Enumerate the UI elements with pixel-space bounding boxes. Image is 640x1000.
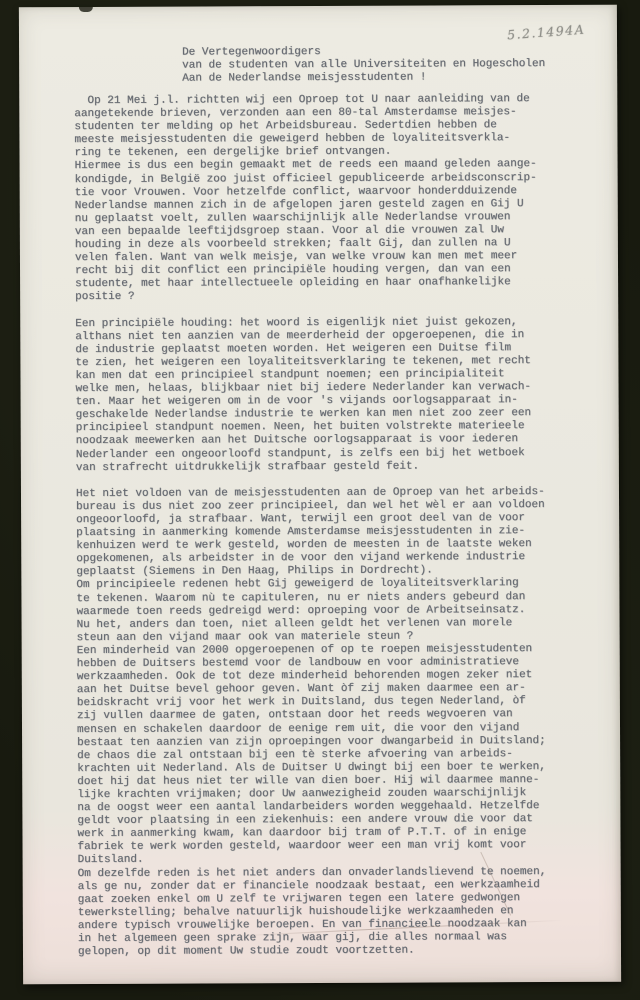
archive-number-annotation: 5.2.1494A (507, 18, 628, 42)
letter-heading: De Vertegenwoordigers van de studenten v… (182, 45, 545, 86)
letter-body: Op 21 Mei j.l. richtten wij een Oproep t… (74, 93, 546, 959)
paper-edge-nick (79, 7, 93, 12)
photo-of-document: { "colors": { "background": "#181a0f", "… (0, 0, 640, 1000)
document-page: 5.2.1494A De Vertegenwoordigers van de s… (19, 5, 621, 985)
